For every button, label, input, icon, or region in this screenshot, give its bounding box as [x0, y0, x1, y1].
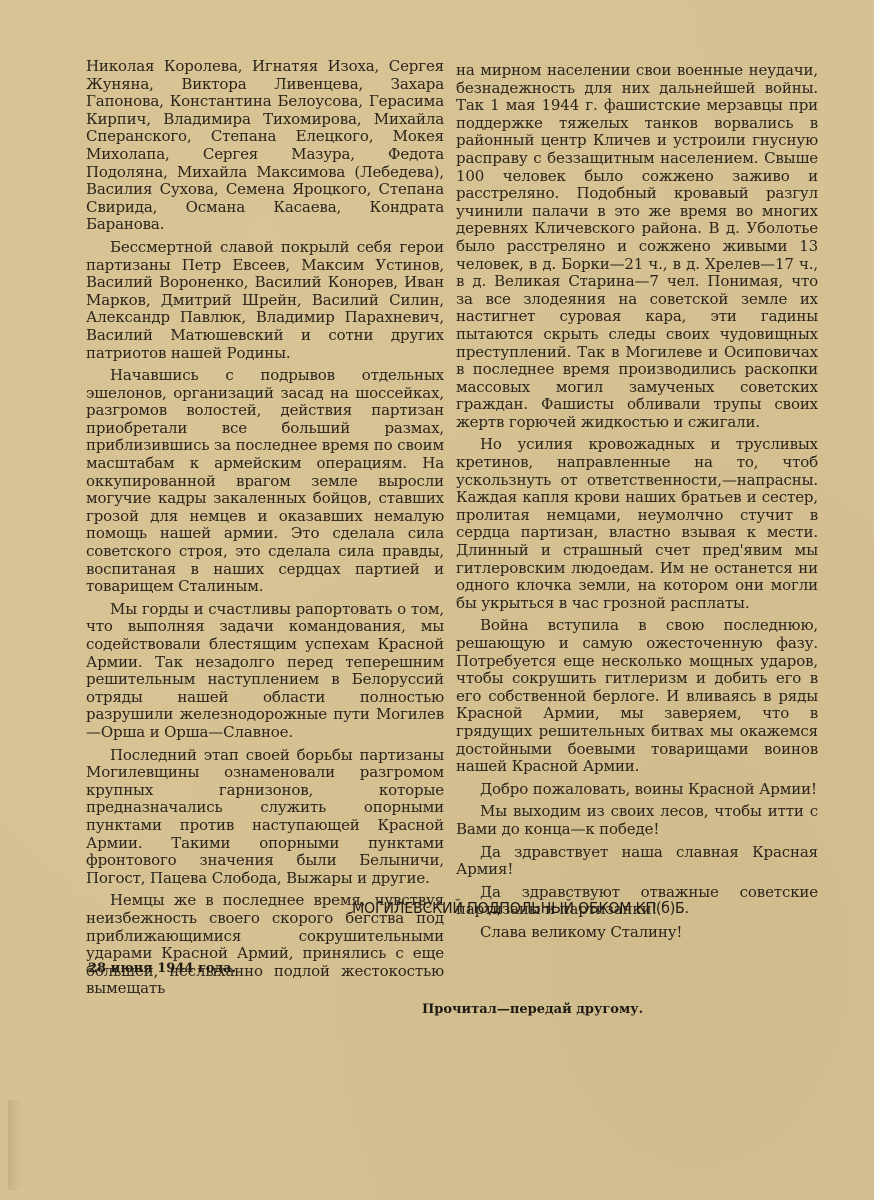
paragraph-names-list: Николая Королева, Игнатяя Изоха, Сергея …	[86, 58, 444, 234]
slogan-stalin: Слава великому Сталину!	[456, 924, 818, 942]
paragraph-retribution: Но усилия кровожадных и трусливых кретин…	[456, 436, 818, 612]
signature-obkom: МОГИЛЕВСКИЙ ПОДПОЛЬНЫЙ ОБКОМ КП(б)Б.	[352, 899, 689, 917]
slogan-forests: Мы выходим из своих лесов, чтобы итти с …	[456, 803, 818, 838]
slogan-red-army: Да здравствует наша славная Красная Арми…	[456, 844, 818, 879]
paragraph-partisan-actions: Начавшись с подрывов отдельных эшелонов,…	[86, 367, 444, 596]
paragraph-last-stage: Последний этап своей борьбы партизаны Мо…	[86, 747, 444, 888]
paragraph-heroes: Бессмертной славой покрылй себя герои па…	[86, 239, 444, 362]
paragraph-atrocities: на мирном населении свои военные неудачи…	[456, 62, 818, 431]
document-date: 28 июня 1944 года.	[88, 961, 236, 976]
paragraph-final-phase: Война вступила в свою последнюю, решающу…	[456, 617, 818, 775]
paper-edge-stain	[8, 1100, 22, 1190]
slogan-welcome: Добро пожаловать, воины Красной Армии!	[456, 781, 818, 799]
paragraph-report: Мы горды и счастливы рапортовать о том, …	[86, 601, 444, 742]
right-text-column: на мирном населении свои военные неудачи…	[456, 62, 818, 947]
footer-note: Прочитал—передай другому.	[422, 1002, 643, 1017]
left-text-column: Николая Королева, Игнатяя Изоха, Сергея …	[86, 58, 444, 1003]
leaflet-page: Николая Королева, Игнатяя Изоха, Сергея …	[0, 0, 874, 1200]
